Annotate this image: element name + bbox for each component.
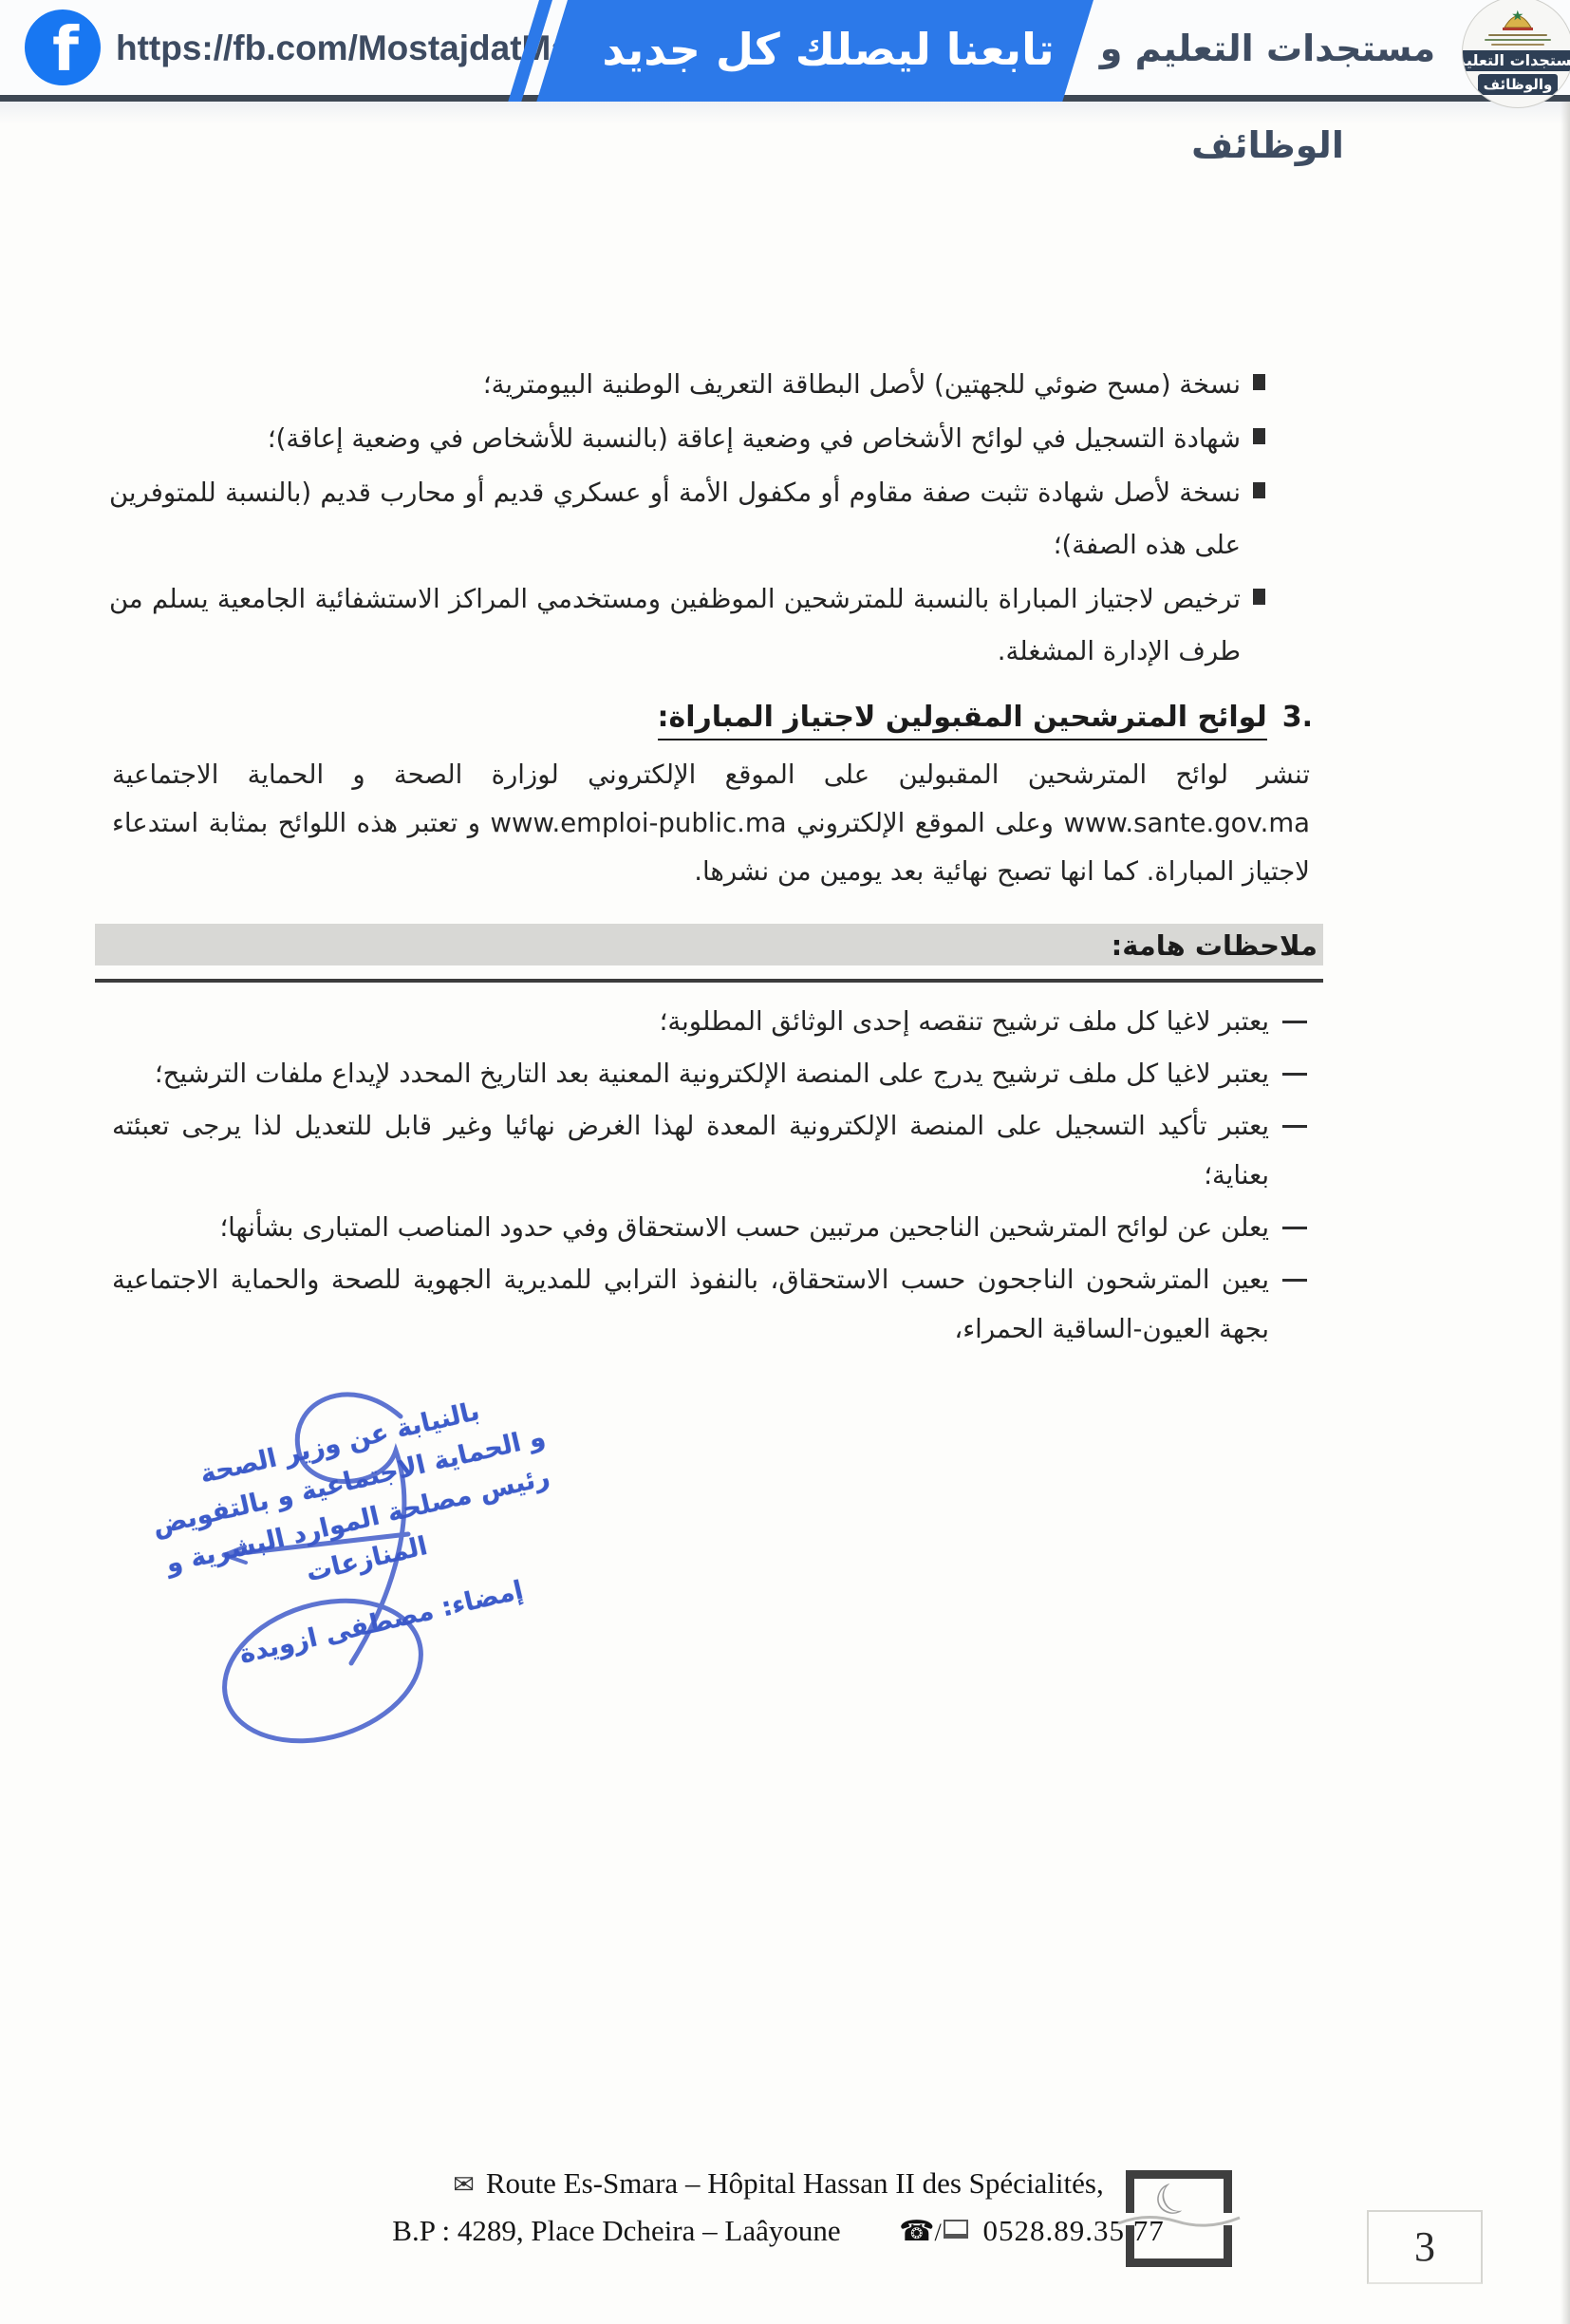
scanned-document-page: f https://fb.com/MostajdatMaroc تابعنا ل… [0, 0, 1570, 2324]
required-documents-list: نسخة (مسح ضوئي للجهتين) لأصل البطاقة الت… [109, 359, 1265, 680]
address-line-1-text: Route Es-Smara – Hôpital Hassan II des S… [486, 2166, 1104, 2200]
square-bullet-icon [1253, 482, 1265, 498]
dash-bullet-icon [1282, 1227, 1307, 1229]
list-item: نسخة لأصل شهادة تثبت صفة مقاوم أو مكفول … [109, 467, 1265, 572]
list-item-text: نسخة (مسح ضوئي للجهتين) لأصل البطاقة الت… [109, 359, 1241, 411]
note-item: يعتبر لاغيا كل ملف ترشيح يدرج على المنصة… [112, 1049, 1307, 1098]
header-banner: f https://fb.com/MostajdatMaroc تابعنا ل… [0, 0, 1570, 102]
page-number-box: 3 [1367, 2210, 1483, 2284]
facebook-f-glyph: f [25, 9, 101, 85]
note-item: يعتبر تأكيد التسجيل على المنصة الإلكترون… [112, 1101, 1307, 1200]
fax-icon [944, 2220, 968, 2239]
page-number: 3 [1414, 2223, 1435, 2270]
note-text: يعلن عن لوائح المترشحين الناجحين مرتبين … [112, 1203, 1269, 1252]
dash-bullet-icon [1282, 1125, 1307, 1128]
list-item: شهادة التسجيل في لوائح الأشخاص في وضعية … [109, 413, 1265, 465]
logo-caption-line [1491, 44, 1544, 46]
notes-underline-rule [95, 979, 1323, 983]
list-item: نسخة (مسح ضوئي للجهتين) لأصل البطاقة الت… [109, 359, 1265, 411]
section-title: لوائح المترشحين المقبولين لاجتياز المبار… [658, 701, 1267, 740]
dash-bullet-icon [1282, 1279, 1307, 1282]
note-text: يعتبر لاغيا كل ملف ترشيح يدرج على المنصة… [112, 1049, 1269, 1098]
page-brand-name: مستجدات التعليم و الوظائف [1080, 0, 1455, 95]
list-item-text: ترخيص لاجتياز المباراة بالنسبة للمترشحين… [109, 573, 1241, 678]
signature-strokes [106, 1358, 638, 1775]
facebook-icon[interactable]: f [25, 9, 101, 85]
note-text: يعتبر لاغيا كل ملف ترشيح تنقصه إحدى الوث… [112, 997, 1269, 1046]
moroccan-emblem-icon [1499, 3, 1537, 31]
phone-icon: ☎ [899, 2216, 934, 2247]
logo-caption-line [1488, 34, 1547, 36]
list-item: ترخيص لاجتياز المباراة بالنسبة للمترشحين… [109, 573, 1265, 678]
address-line-1: ✉Route Es-Smara – Hôpital Hassan II des … [380, 2166, 1177, 2201]
note-text: يعين المترشحون الناجحون حسب الاستحقاق، ب… [112, 1255, 1269, 1354]
important-notes-list: يعتبر لاغيا كل ملف ترشيح تنقصه إحدى الوث… [112, 997, 1307, 1357]
brand-logo: مستجدات التعليم والوظائف [1462, 0, 1570, 108]
crescent-mark-box: ☾ [1126, 2170, 1232, 2267]
note-text: يعتبر تأكيد التسجيل على المنصة الإلكترون… [112, 1101, 1269, 1200]
address-line-2-text: B.P : 4289, Place Dcheira – Laâyoune [392, 2214, 840, 2247]
square-bullet-icon [1253, 428, 1265, 444]
square-bullet-icon [1253, 374, 1265, 390]
scan-edge-shadow [1561, 102, 1570, 2324]
logo-text-line2: والوظائف [1478, 74, 1559, 95]
address-line-2: B.P : 4289, Place Dcheira – Laâyoune ☎/ … [380, 2214, 1177, 2248]
footer-address-block: ✉Route Es-Smara – Hôpital Hassan II des … [380, 2166, 1177, 2248]
important-notes-header: ملاحظات هامة: [95, 924, 1323, 965]
section-heading: 3. لوائح المترشحين المقبولين لاجتياز الم… [109, 701, 1313, 740]
dash-bullet-icon [1282, 1073, 1307, 1076]
note-item: يعتبر لاغيا كل ملف ترشيح تنقصه إحدى الوث… [112, 997, 1307, 1046]
logo-text-line1: مستجدات التعليم [1462, 50, 1570, 71]
note-item: يعين المترشحون الناجحون حسب الاستحقاق، ب… [112, 1255, 1307, 1354]
envelope-icon: ✉ [453, 2170, 475, 2199]
square-bullet-icon [1253, 589, 1265, 605]
list-item-text: نسخة لأصل شهادة تثبت صفة مقاوم أو مكفول … [109, 467, 1241, 572]
pen-squiggle [1116, 2210, 1242, 2231]
list-item-text: شهادة التسجيل في لوائح الأشخاص في وضعية … [109, 413, 1241, 465]
section-number: 3. [1282, 701, 1313, 734]
box-bottom-bracket [1126, 2225, 1232, 2267]
note-item: يعلن عن لوائح المترشحين الناجحين مرتبين … [112, 1203, 1307, 1252]
body-paragraph: تنشر لوائح المترشحين المقبولين على الموق… [112, 751, 1310, 896]
dash-bullet-icon [1282, 1021, 1307, 1023]
follow-us-banner-text: تابعنا ليصلك كل جديد [589, 0, 1068, 99]
logo-caption-line [1485, 39, 1551, 41]
